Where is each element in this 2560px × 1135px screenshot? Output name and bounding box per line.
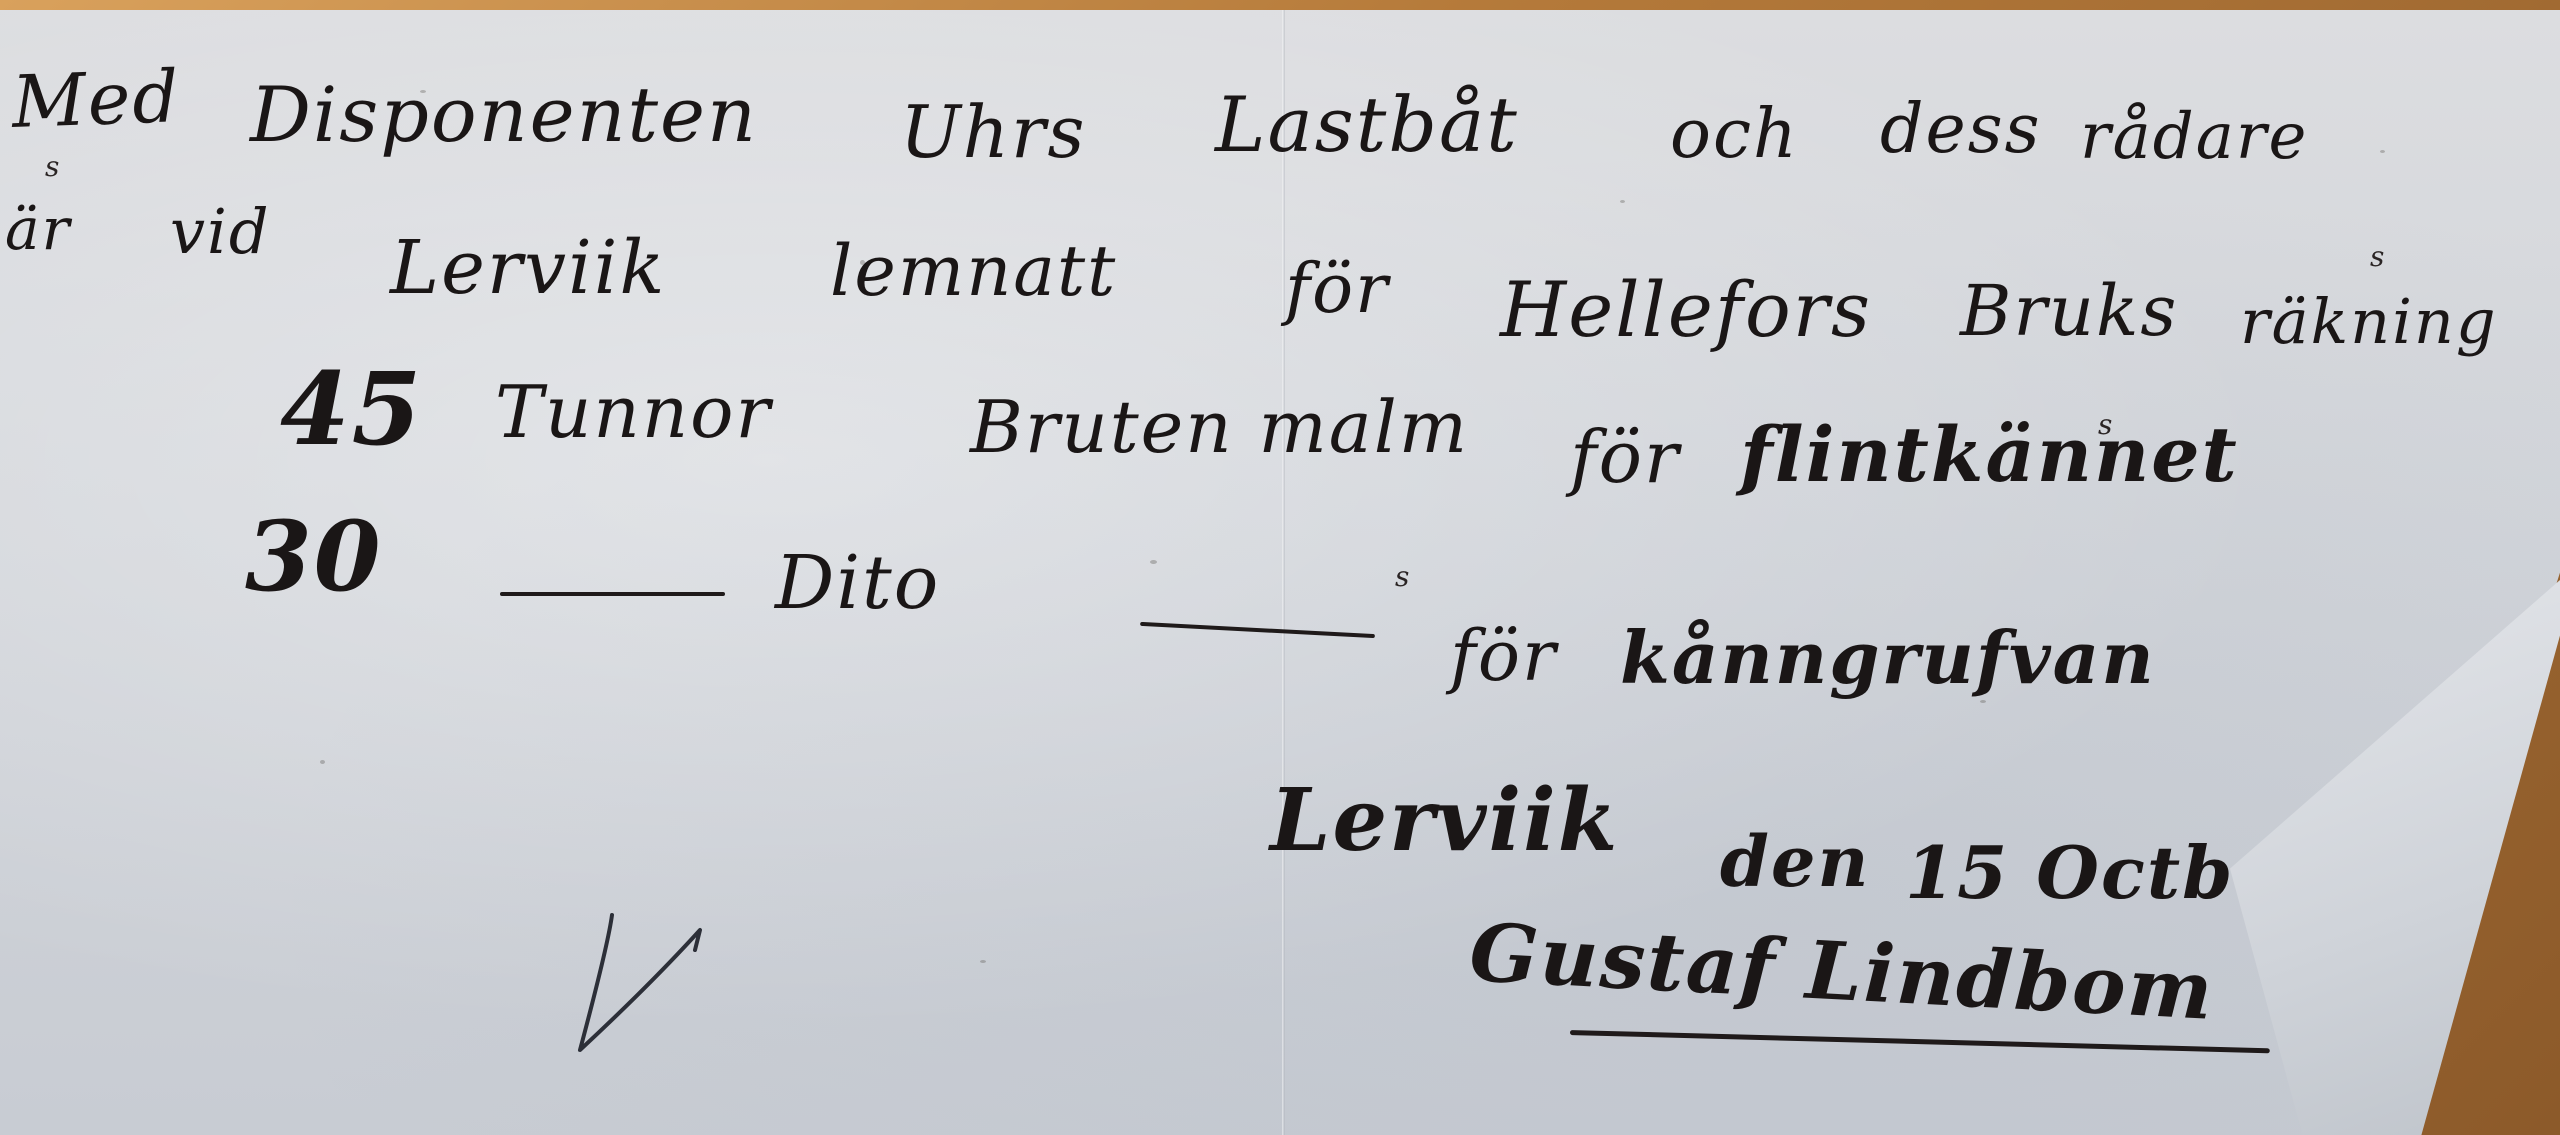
- text-ar: är: [5, 195, 71, 263]
- text-med: Med: [11, 54, 182, 144]
- text-place: Lerviik: [1270, 770, 1619, 871]
- photo-scene: Med Disponenten Uhrs Lastbåt och dess rå…: [0, 0, 2560, 1135]
- text-for-2: för: [1570, 415, 1680, 499]
- text-bruten-malm: Bruten malm: [970, 385, 1469, 469]
- text-radare: rådare: [2080, 100, 2308, 174]
- text-dito: Dito: [775, 540, 940, 626]
- paper-speck: [980, 960, 986, 963]
- paper-speck: [2380, 150, 2385, 153]
- text-kanngrufvan: kånngrufvan: [1620, 615, 2156, 700]
- paper-speck: [1150, 560, 1157, 564]
- text-bruks: Bruks: [1960, 270, 2178, 352]
- text-for-3: för: [1450, 615, 1558, 697]
- quantity-30: 30: [245, 500, 383, 613]
- paper-speck: [320, 760, 325, 764]
- text-lastbat: Lastbåt: [1215, 80, 1519, 169]
- check-mark-icon: [560, 905, 750, 1055]
- text-lerviik: Lerviik: [390, 225, 666, 311]
- text-for: för: [1285, 250, 1390, 329]
- superscript-s: s: [45, 150, 59, 183]
- text-den: den: [1720, 820, 1870, 903]
- text-vid: vid: [170, 195, 271, 268]
- superscript-s: s: [2370, 240, 2384, 273]
- text-disponenten: Disponenten: [250, 70, 758, 159]
- ditto-dash: [500, 592, 725, 596]
- text-hellefors: Hellefors: [1500, 265, 1872, 354]
- text-uhrs: Uhrs: [900, 90, 1086, 174]
- paper-fold-crease: [1282, 10, 1285, 1135]
- text-tunnor: Tunnor: [495, 370, 772, 454]
- superscript-s: s: [1395, 560, 1409, 593]
- paper-speck: [1620, 200, 1625, 203]
- quantity-45: 45: [280, 350, 423, 468]
- text-flintkannet: flintkännet: [1740, 410, 2239, 499]
- text-dess: dess: [1880, 90, 2042, 169]
- text-och: och: [1670, 95, 1799, 174]
- paper-speck: [1980, 700, 1986, 703]
- text-lemnatt: lemnatt: [830, 230, 1117, 312]
- text-rakning: räkning: [2240, 285, 2498, 358]
